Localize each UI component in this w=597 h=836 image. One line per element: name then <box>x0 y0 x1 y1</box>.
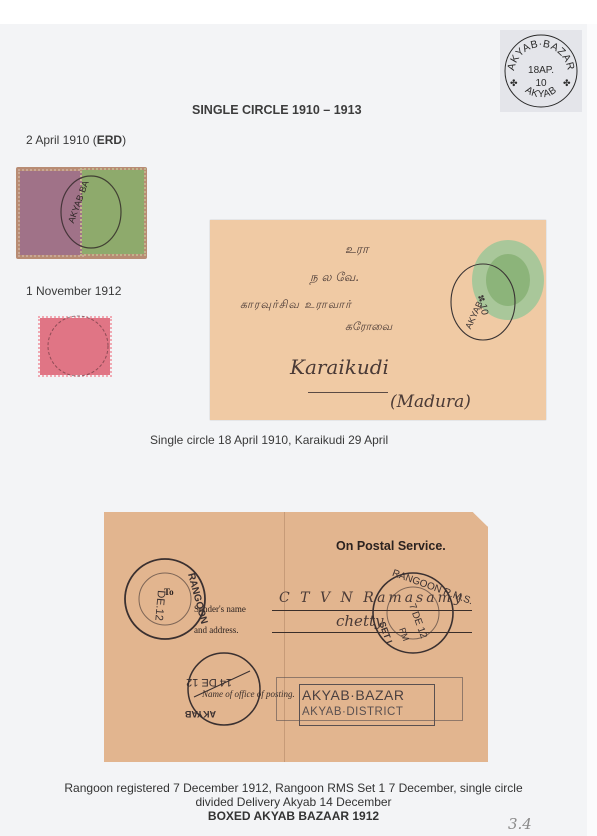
address-district: (Madura) <box>390 392 471 412</box>
svg-text:10: 10 <box>477 303 490 316</box>
svg-text:DE.12: DE.12 <box>152 590 167 622</box>
cancel-partial-icon <box>42 314 110 378</box>
handwriting-line: காரவுர்சிவ உராவார் <box>240 298 352 313</box>
boxed-cancel-line1: AKYAB·BAZAR <box>302 687 405 703</box>
postmark-rangoon-icon: RANGOON DE.12 <box>120 554 210 644</box>
svg-text:14 DE 12: 14 DE 12 <box>186 676 232 688</box>
handwriting-underline <box>308 392 388 393</box>
page-number: 3.4 <box>508 815 532 833</box>
cancel-akyab-bazar-erd-icon: AKYAB·BA <box>56 172 126 252</box>
akyab-bazar-postmark-icon: AKYAB·BAZAR AKYAB 18AP. 10 ✤ ✤ <box>500 30 582 112</box>
caption-line: Rangoon registered 7 December 1912, Rang… <box>0 781 587 795</box>
caption-nov-1912: 1 November 1912 <box>26 284 121 298</box>
fold-line <box>284 512 285 762</box>
svg-text:10: 10 <box>535 78 547 89</box>
svg-text:RANGOON R.M.S.: RANGOON R.M.S. <box>391 568 475 607</box>
official-cover-on-postal-service: On Postal Service. To Sender's name and … <box>104 512 488 762</box>
svg-text:18AP.: 18AP. <box>528 65 554 76</box>
postmark-rangoon-rms-icon: RANGOON R.M.S. 7 DE 12 PM SET I <box>369 567 457 659</box>
caption-line: divided Delivery Akyab 14 December <box>0 795 587 809</box>
svg-text:PM: PM <box>397 626 411 642</box>
svg-text:AKYAB: AKYAB <box>184 709 216 719</box>
svg-text:✤: ✤ <box>510 78 518 88</box>
cover-header: On Postal Service. <box>336 539 446 553</box>
caption-erd: 2 April 1910 (ERD) <box>26 133 126 147</box>
svg-text:✤: ✤ <box>563 78 571 88</box>
handwriting-line: உரா <box>345 242 368 258</box>
postmark-sample-box: AKYAB·BAZAR AKYAB 18AP. 10 ✤ ✤ <box>500 30 582 112</box>
page-edge <box>587 24 597 836</box>
page-title: SINGLE CIRCLE 1910 – 1913 <box>192 103 362 117</box>
svg-text:SET I: SET I <box>377 620 394 645</box>
handwriting-line: கரோவை <box>345 320 392 335</box>
boxed-cancel-line2: AKYAB·DISTRICT <box>302 706 403 718</box>
caption-heading: BOXED AKYAB BAZAAR 1912 <box>0 809 587 823</box>
bottom-caption: Rangoon registered 7 December 1912, Rang… <box>0 781 587 823</box>
address-city: Karaikudi <box>290 355 389 379</box>
postal-stationery-cover-karaikudi: உரா ந ல வே. காரவுர்சிவ உராவார் கரோவை Kar… <box>210 220 546 420</box>
cancel-akyab-bazar-1910-icon: AKYAB✤ 10 <box>448 260 518 344</box>
handwriting-line: ந ல வே. <box>310 270 359 286</box>
caption-cover-karaikudi: Single circle 18 April 1910, Karaikudi 2… <box>150 433 388 447</box>
